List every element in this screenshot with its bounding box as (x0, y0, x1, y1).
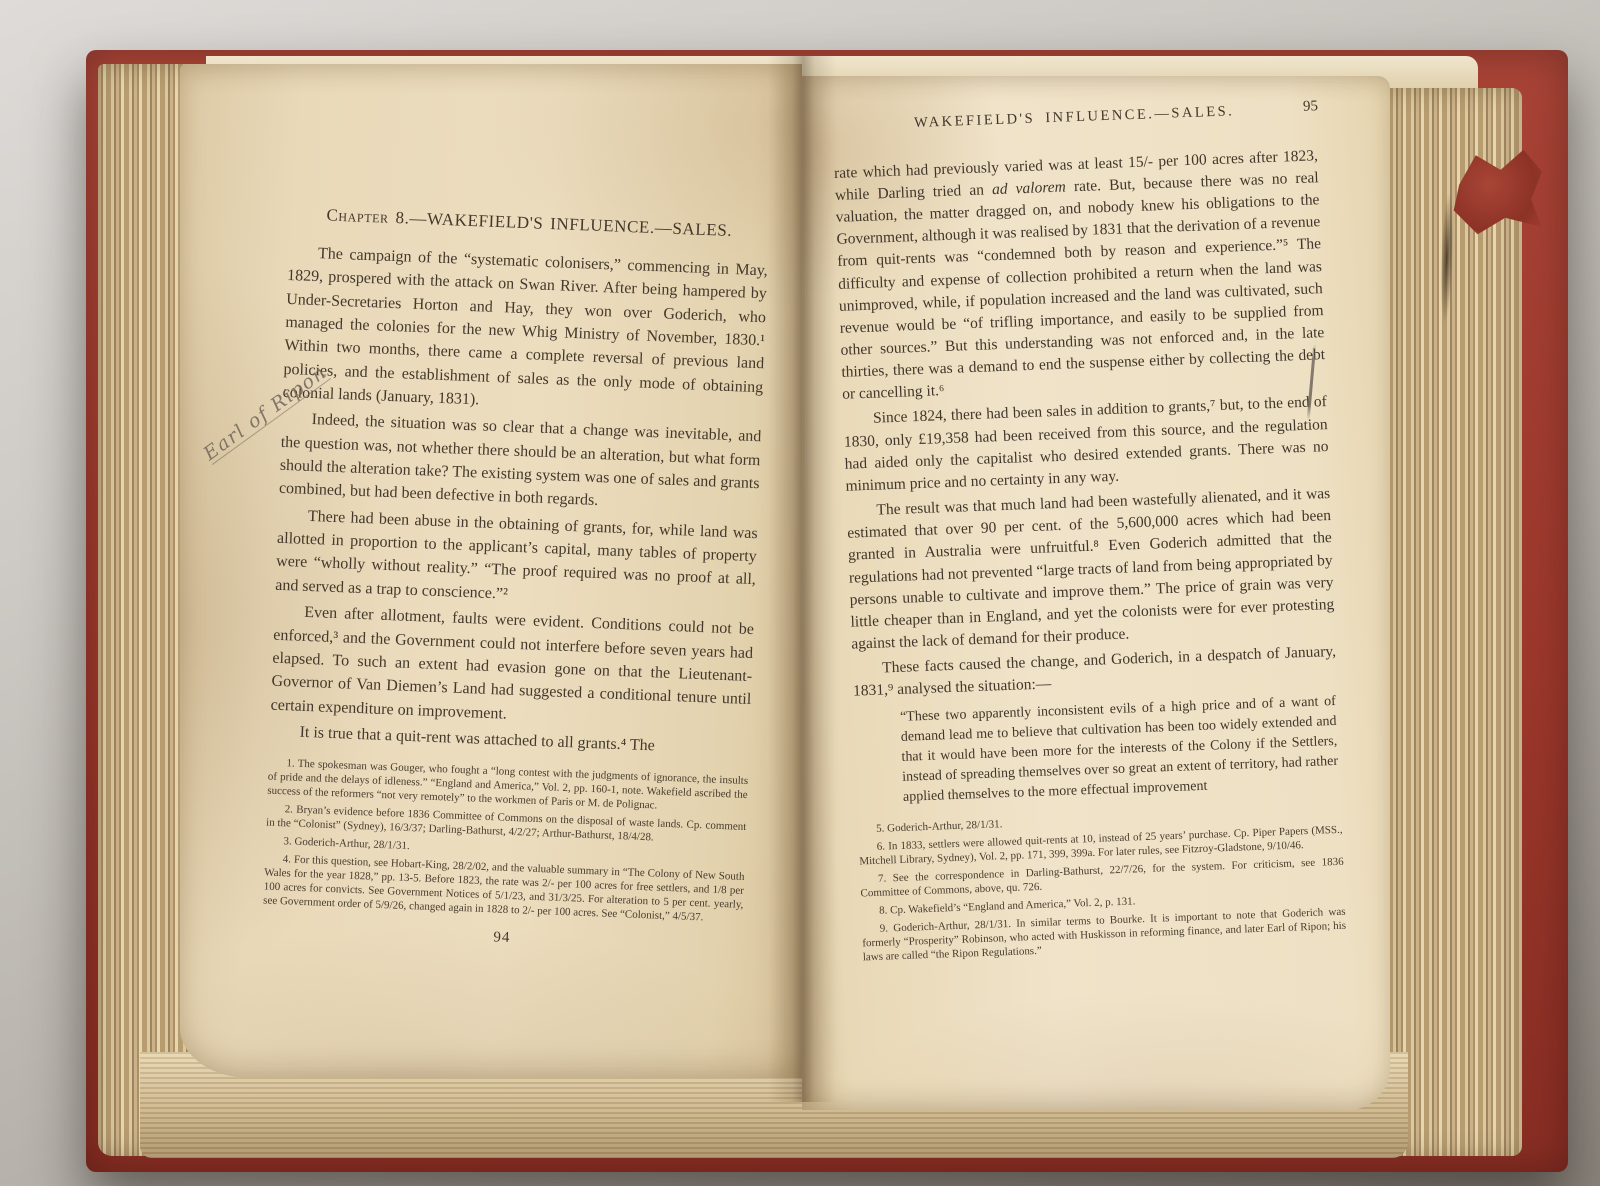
left-page: Earl of Ripon Chapter 8.—WAKEFIELD'S INF… (180, 64, 802, 1078)
footnotes-section: 5. Goderich-Arthur, 28/1/31. 6. In 1833,… (858, 806, 1347, 965)
paragraph: The result was that much land had been w… (846, 483, 1335, 656)
page-number-left: 94 (262, 919, 742, 959)
latin-phrase-italic: ad valorem (992, 178, 1066, 198)
running-header: WAKEFIELD'S INFLUENCE.—SALES. 95 (832, 98, 1316, 136)
running-header-title: WAKEFIELD'S INFLUENCE.—SALES. (914, 103, 1235, 131)
paragraph: Indeed, the situation was so clear that … (279, 407, 762, 519)
paragraph: rate which had previously varied was at … (834, 145, 1327, 406)
paragraph: Since 1824, there had been sales in addi… (843, 392, 1330, 498)
left-page-text-block: Chapter 8.—WAKEFIELD'S INFLUENCE.—SALES.… (262, 202, 770, 959)
paragraph: There had been abuse in the obtaining of… (275, 504, 758, 616)
page-number-right: 95 (1303, 96, 1319, 118)
right-page-text-block: WAKEFIELD'S INFLUENCE.—SALES. 95 rate wh… (832, 98, 1347, 969)
footnotes-section: 1. The spokesman was Gouger, who fought … (263, 757, 748, 927)
paragraph-text: rate. But, because there was no real val… (835, 169, 1325, 403)
photo-backdrop: Earl of Ripon Chapter 8.—WAKEFIELD'S INF… (0, 0, 1600, 1186)
paragraph: Even after allotment, faults were eviden… (270, 600, 754, 735)
chapter-heading: Chapter 8.—WAKEFIELD'S INFLUENCE.—SALES. (289, 202, 770, 245)
right-page: WAKEFIELD'S INFLUENCE.—SALES. 95 rate wh… (802, 76, 1390, 1110)
paragraph: The campaign of the “systematic colonise… (282, 241, 768, 423)
despatch-quotation: “These two apparently inconsistent evils… (900, 692, 1339, 807)
